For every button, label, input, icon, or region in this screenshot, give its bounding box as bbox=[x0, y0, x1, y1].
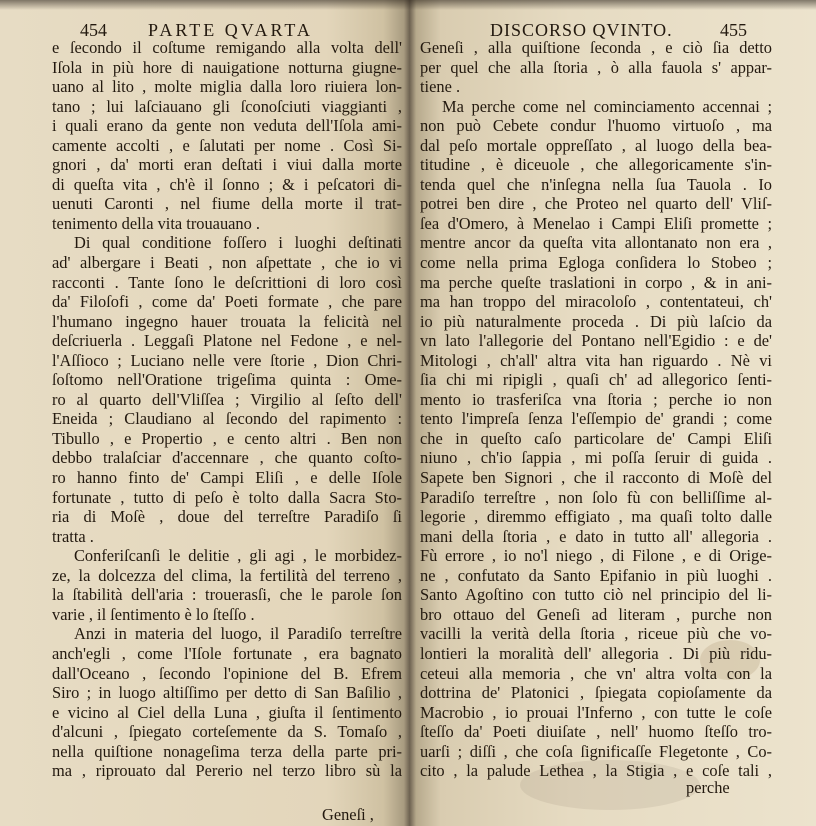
left-page: 454 PARTE QVARTA e ſecondo il coſtume re… bbox=[0, 0, 406, 826]
text-line: ma perche queſte traslationi in corpo , … bbox=[420, 273, 772, 293]
text-line: ne , confutato da Santo Epifanio in più … bbox=[420, 566, 772, 586]
book-spread: 454 PARTE QVARTA e ſecondo il coſtume re… bbox=[0, 0, 816, 826]
text-line: mentre ancor da queſta vita allontanato … bbox=[420, 233, 772, 253]
text-line: tento l'impreſa ſenza l'eſſempio de' gra… bbox=[420, 409, 772, 429]
text-line: che in queſto caſo particolare de' Campi… bbox=[420, 429, 772, 449]
text-line: mani della ſtoria , e dato in tutto all'… bbox=[420, 527, 772, 547]
text-line: ſoſtomo nell'Oratione trigeſima quinta :… bbox=[52, 370, 402, 390]
text-line: Anzi in materia del luogo, il Paradiſo t… bbox=[52, 624, 402, 644]
text-line: tenda quel che n'inſegna nella ſua Tauol… bbox=[420, 175, 772, 195]
text-line: non può Cebete condur l'huomo virtuoſo ,… bbox=[420, 116, 772, 136]
text-line: Macrobio , io prouai l'Inferno , con tut… bbox=[420, 703, 772, 723]
text-line: l'humano ingegno hauer trouata la felici… bbox=[52, 312, 402, 332]
text-line: e vicino al Ciel della Luna , giuſta il … bbox=[52, 703, 402, 723]
text-line: deſcriuerla . Leggaſi Platone nel Fedone… bbox=[52, 331, 402, 351]
text-line: d'alcuni , ſpiegato corteſemente da S. T… bbox=[52, 722, 402, 742]
text-line: dall'Oceano , ſecondo l'opinione del B. … bbox=[52, 664, 402, 684]
text-line: e ſecondo il coſtume remigando alla volt… bbox=[52, 38, 402, 58]
text-line: tiene . bbox=[420, 77, 772, 97]
text-line: Siro ; in luogo altiſſimo per detto di S… bbox=[52, 683, 402, 703]
text-line: bro ottauo del Geneſi ad literam , purch… bbox=[420, 605, 772, 625]
text-line: Mitologi , ch'all' altra vita han riguar… bbox=[420, 351, 772, 371]
text-line: Eneida ; Claudiano al ſecondo del rapime… bbox=[52, 409, 402, 429]
text-line: titudine , è diceuole , che allegoricame… bbox=[420, 155, 772, 175]
text-line: ria di Moſè , doue del terreſtre Paradiſ… bbox=[52, 507, 402, 527]
text-line: ma , riprouato dal Pererio nel terzo lib… bbox=[52, 761, 402, 781]
text-line: tratta . bbox=[52, 527, 402, 547]
catchword: Geneſi , bbox=[322, 805, 374, 825]
text-line: come nella prima Egloga conſidera lo Sto… bbox=[420, 253, 772, 273]
text-line: mento io trasferiſca vna ſtoria ; perche… bbox=[420, 390, 772, 410]
text-line: varie , il ſentimento è lo ſteſſo . bbox=[52, 605, 402, 625]
text-line: nella quiſtione nonageſima terza della p… bbox=[52, 742, 402, 762]
text-line: ro hanno finto de' Campi Eliſi , e delle… bbox=[52, 468, 402, 488]
text-line: niuno , ch'io ſappia , mi poſſa ſeruir d… bbox=[420, 448, 772, 468]
text-line: i quali erano da gente non veduta dell'I… bbox=[52, 116, 402, 136]
text-line: Ma perche come nel cominciamento accenna… bbox=[420, 97, 772, 117]
text-line: ma han troppo del miracoloſo , contentat… bbox=[420, 292, 772, 312]
text-line: da' Filoſofi , come da' Poeti formate , … bbox=[52, 292, 402, 312]
text-line: Fù errore , io no'l niego , di Filone , … bbox=[420, 546, 772, 566]
text-line: dottrina de' Platonici , ſpiegata copioſ… bbox=[420, 683, 772, 703]
text-line: ro al quarto dell'Vliſſea ; Virgilio al … bbox=[52, 390, 402, 410]
text-line: gnori , da' morti eran deſtati i viui da… bbox=[52, 155, 402, 175]
text-line: Di qual conditione foſſero i luoghi deſt… bbox=[52, 233, 402, 253]
page-body-text: e ſecondo il coſtume remigando alla volt… bbox=[52, 38, 402, 781]
text-line: l'Aſſioco ; Luciano nelle vere ſtorie , … bbox=[52, 351, 402, 371]
text-line: vn lato l'allegorie del Pontano nell'Egi… bbox=[420, 331, 772, 351]
text-line: fortunate , tutto di peſo è tolto dalla … bbox=[52, 488, 402, 508]
text-line: ſea d'Omero, à Menelao i Campi Eliſi pro… bbox=[420, 214, 772, 234]
text-line: Iſola in più hore di nauigatione notturn… bbox=[52, 58, 402, 78]
text-line: Geneſi , alla quiſtione ſeconda , e ciò … bbox=[420, 38, 772, 58]
text-line: ceteui alla memoria , che vn' altra volt… bbox=[420, 664, 772, 684]
text-line: ze, la dolcezza del clima, la fertilità … bbox=[52, 566, 402, 586]
text-line: Paradiſo terreſtre , non ſolo fù con bel… bbox=[420, 488, 772, 508]
text-line: lontieri la moralità dell' allegoria . D… bbox=[420, 644, 772, 664]
text-line: uenuti Caronti , nel fiume della morte i… bbox=[52, 194, 402, 214]
catchword: perche bbox=[686, 778, 730, 798]
text-line: ad' albergare i Beati , non aſpettate , … bbox=[52, 253, 402, 273]
text-line: legorie , diremmo effigiato , ma quaſi t… bbox=[420, 507, 772, 527]
right-page: DISCORSO QVINTO. 455 Geneſi , alla quiſt… bbox=[410, 0, 816, 826]
text-line: vacilli la verità della ſtoria , riceue … bbox=[420, 624, 772, 644]
text-line: Santo Agoſtino con tutto ciò nel princip… bbox=[420, 585, 772, 605]
text-line: tenimento della vita trouauano . bbox=[52, 214, 402, 234]
text-line: Tibullo , e Propertio , e cento altri . … bbox=[52, 429, 402, 449]
text-line: anch'egli , come l'Iſole fortunate , era… bbox=[52, 644, 402, 664]
text-line: debbo tralaſciar d'accennare , che quant… bbox=[52, 448, 402, 468]
text-line: potrei ben dire , che Proteo nel quarto … bbox=[420, 194, 772, 214]
text-line: tano ; lui laſciauano gli ſconoſciuti vi… bbox=[52, 97, 402, 117]
text-line: ſia chi mi ripigli , quaſi ch' ad allego… bbox=[420, 370, 772, 390]
text-line: racconti . Tante ſono le deſcrittioni di… bbox=[52, 273, 402, 293]
text-line: Sapete ben Signori , che il racconto di … bbox=[420, 468, 772, 488]
text-line: camente accolti , e ſalutati per nome . … bbox=[52, 136, 402, 156]
text-line: di queſta vita , ch'è il ſonno ; & i peſ… bbox=[52, 175, 402, 195]
text-line: ſteſſo da' Poeti diuiſate , nell' huomo … bbox=[420, 722, 772, 742]
page-body-text: Geneſi , alla quiſtione ſeconda , e ciò … bbox=[420, 38, 772, 781]
text-line: uarſi ; diſſi , che coſa ſignificaſſe Fl… bbox=[420, 742, 772, 762]
text-line: dal peſo mortale oppreſſato , al luogo d… bbox=[420, 136, 772, 156]
text-line: uano al lito , molte miglia dalla loro r… bbox=[52, 77, 402, 97]
text-line: per quel che alla ſtoria , ò alla fauola… bbox=[420, 58, 772, 78]
text-line: la ſtabilità dell'aria : trouerasſi, che… bbox=[52, 585, 402, 605]
text-line: Conferiſcanſi le delitie , gli agi , le … bbox=[52, 546, 402, 566]
text-line: io più naturalmente proceda . Di più laſ… bbox=[420, 312, 772, 332]
